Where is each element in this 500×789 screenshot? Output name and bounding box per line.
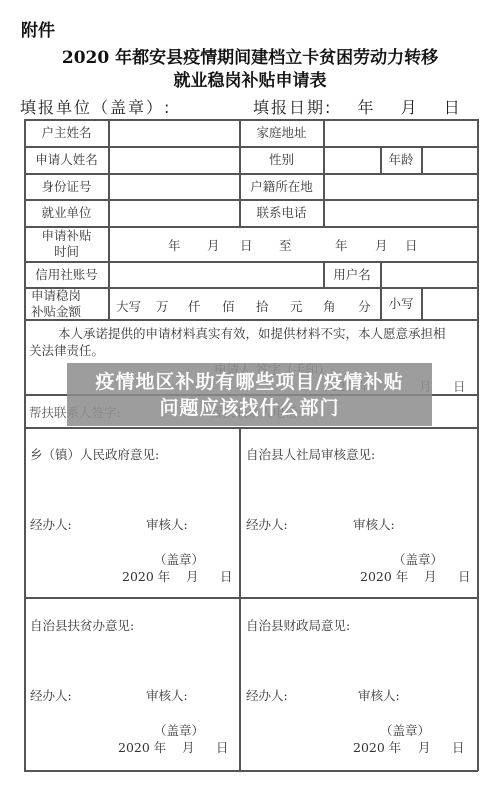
- period-end-month: 月: [375, 236, 388, 254]
- label-id-number: 身份证号: [25, 174, 108, 199]
- employer-field[interactable]: [109, 200, 239, 226]
- label-username: 用户名: [324, 262, 380, 287]
- opinion-date-day: 日: [458, 567, 471, 585]
- amount-unit-shi: 拾: [256, 297, 269, 315]
- col-divider: [239, 427, 241, 771]
- label-credit-union-account: 信用社账号: [25, 262, 108, 287]
- opinion-date-day: 日: [220, 567, 233, 585]
- household-registration-field[interactable]: [324, 174, 477, 199]
- label-employer: 就业单位: [25, 200, 108, 226]
- row-divider: [24, 427, 478, 429]
- opinion-title: 乡（镇）人民政府意见:: [30, 445, 159, 463]
- amount-unit-bai: 佰: [222, 297, 235, 315]
- period-start-day: 日: [240, 236, 253, 254]
- fill-date-year: 年: [358, 95, 376, 118]
- label-household-head-name: 户主姓名: [25, 120, 108, 146]
- id-number-field[interactable]: [109, 174, 239, 199]
- label-applicant-name: 申请人姓名: [25, 147, 108, 173]
- handler-label: 经办人:: [246, 515, 288, 533]
- label-subsidy-period: 申请补贴 时间: [25, 227, 108, 261]
- home-address-field[interactable]: [324, 120, 477, 146]
- amount-unit-wan: 万: [156, 297, 169, 315]
- reviewer-label: 审核人:: [146, 686, 188, 704]
- headline-overlay: 疫情地区补助有哪些项目/疫情补贴 问题应该找什么部门: [67, 363, 432, 426]
- commitment-date-day: 日: [453, 377, 466, 395]
- fill-unit-label: 填报单位（盖章）:: [20, 95, 171, 118]
- label-amount-lowercase: 小写: [381, 288, 421, 319]
- fill-date-month: 月: [401, 95, 419, 118]
- opinion-date-month: 月: [424, 567, 437, 585]
- commitment-text-line1: 本人承诺提供的申请材料真实有效，如提供材料不实，本人愿意承担相: [58, 324, 446, 342]
- opinion-date-year: 2020 年: [122, 567, 170, 585]
- handler-label: 经办人:: [246, 686, 288, 704]
- label-subsidy-amount-line1: 申请稳岗: [31, 288, 81, 304]
- opinion-date-year: 2020 年: [353, 738, 401, 756]
- opinion-date-month: 月: [186, 567, 199, 585]
- reviewer-label: 审核人:: [353, 515, 395, 533]
- opinion-date-day: 日: [216, 738, 229, 756]
- label-home-address: 家庭地址: [240, 120, 323, 146]
- amount-unit-jiao: 角: [323, 297, 336, 315]
- row-divider: [24, 597, 478, 599]
- label-phone: 联系电话: [240, 200, 323, 226]
- label-subsidy-amount-line2: 补贴金额: [31, 304, 81, 320]
- amount-uppercase-label: 大写: [116, 297, 141, 315]
- fill-date-day: 日: [444, 95, 462, 118]
- form-title-line1: 2020 年都安县疫情期间建档立卡贫困劳动力转移: [0, 43, 500, 68]
- amount-unit-yuan: 元: [290, 297, 303, 315]
- phone-field[interactable]: [324, 200, 477, 226]
- table-border-right: [477, 119, 479, 771]
- amount-lowercase-field[interactable]: [422, 288, 477, 319]
- applicant-name-field[interactable]: [109, 147, 239, 173]
- opinion-date-day: 日: [452, 738, 465, 756]
- fill-date-label: 填报日期:: [253, 95, 332, 118]
- seal-label: （盖章）: [154, 721, 204, 739]
- label-subsidy-amount: 申请稳岗 补贴金额: [25, 288, 108, 319]
- reviewer-label: 审核人:: [358, 686, 400, 704]
- label-subsidy-period-line1: 申请补贴: [41, 228, 91, 244]
- period-end-day: 日: [405, 236, 418, 254]
- label-household-registration: 户籍所在地: [240, 174, 323, 199]
- seal-label: （盖章）: [393, 550, 443, 568]
- label-subsidy-period-line2: 时间: [54, 244, 79, 260]
- credit-union-account-field[interactable]: [109, 262, 323, 287]
- household-head-name-field[interactable]: [109, 120, 239, 146]
- period-to: 至: [279, 236, 292, 254]
- reviewer-label: 审核人:: [146, 515, 188, 533]
- table-border-bottom: [24, 770, 478, 772]
- handler-label: 经办人:: [30, 515, 72, 533]
- amount-unit-fen: 分: [358, 297, 371, 315]
- headline-line1: 疫情地区补助有哪些项目/疫情补贴: [96, 369, 404, 395]
- row-divider: [24, 319, 478, 321]
- opinion-date-month: 月: [418, 738, 431, 756]
- form-title-line2: 就业稳岗补贴申请表: [0, 66, 500, 91]
- seal-label: （盖章）: [380, 721, 430, 739]
- commitment-text-line2: 关法律责任。: [29, 341, 104, 359]
- period-start-year: 年: [168, 236, 181, 254]
- label-age: 年龄: [381, 147, 421, 173]
- headline-line2: 问题应该找什么部门: [159, 395, 339, 421]
- opinion-date-year: 2020 年: [360, 567, 408, 585]
- attachment-label: 附件: [21, 16, 55, 41]
- label-gender: 性别: [240, 147, 323, 173]
- handler-label: 经办人:: [30, 686, 72, 704]
- opinion-title: 自治县人社局审核意见:: [246, 445, 375, 463]
- opinion-date-year: 2020 年: [118, 738, 166, 756]
- gender-field[interactable]: [324, 147, 380, 173]
- opinion-date-month: 月: [182, 738, 195, 756]
- period-start-month: 月: [207, 236, 220, 254]
- username-field[interactable]: [381, 262, 477, 287]
- opinion-title: 自治县财政局意见:: [246, 616, 350, 634]
- age-field[interactable]: [422, 147, 477, 173]
- seal-label: （盖章）: [154, 550, 204, 568]
- amount-unit-qian: 仟: [188, 297, 201, 315]
- fill-date: 填报日期: 年 月 日: [253, 95, 462, 118]
- period-end-year: 年: [335, 236, 348, 254]
- opinion-title: 自治县扶贫办意见:: [30, 616, 134, 634]
